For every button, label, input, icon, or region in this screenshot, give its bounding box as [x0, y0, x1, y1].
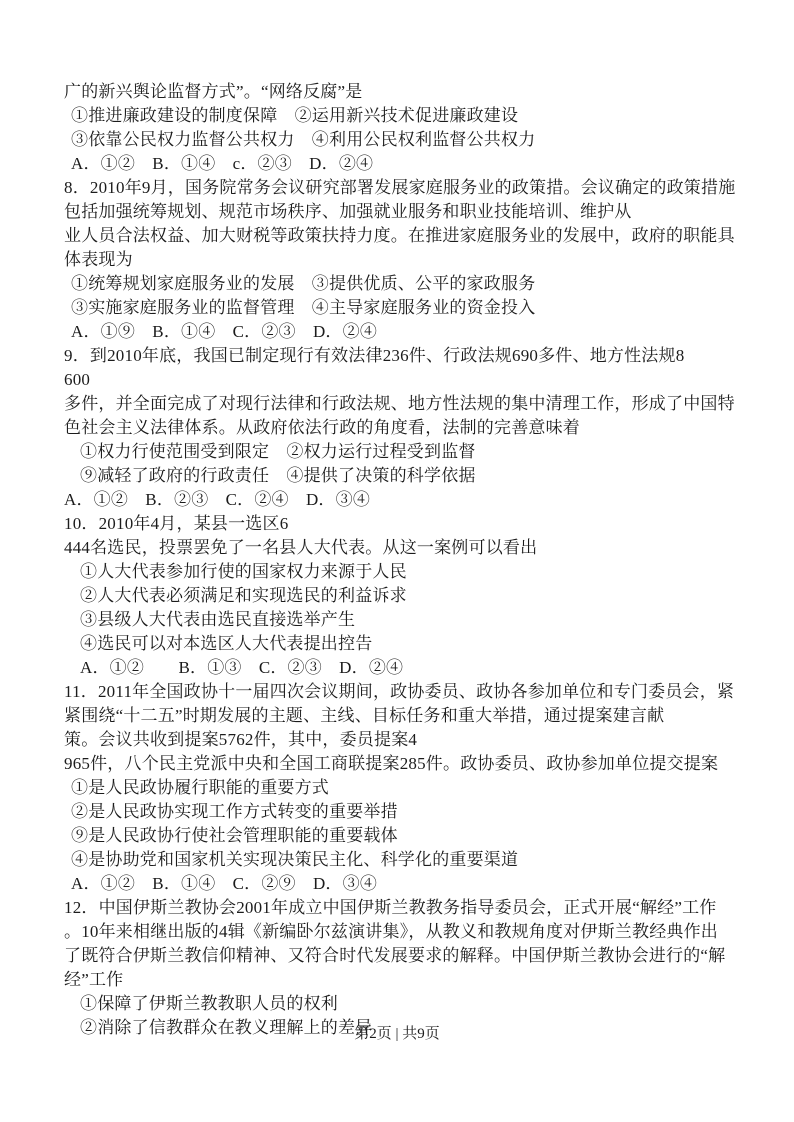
text-line: ③实施家庭服务业的监督管理 ④主导家庭服务业的资金投入 — [64, 296, 736, 320]
text-line: 包括加强统筹规划、规范市场秩序、加强就业服务和职业技能培训、维护从 — [64, 200, 736, 224]
text-line: 8．2010年9月，国务院常务会议研究部署发展家庭服务业的政策措。会议确定的政策… — [64, 176, 736, 200]
text-line: 经”工作 — [64, 968, 736, 992]
text-line: 色社会主义法律体系。从政府依法行政的角度看，法制的完善意味着 — [64, 416, 736, 440]
text-line: ①是人民政协履行职能的重要方式 — [64, 776, 736, 800]
page-number-footer: 第2页 | 共9页 — [0, 1022, 794, 1043]
text-line: A．①② B．①③ C．②③ D．②④ — [64, 656, 736, 680]
text-line: 965件，八个民主党派中央和全国工商联提案285件。政协委员、政协参加单位提交提… — [64, 752, 736, 776]
text-line: A．①② B．②③ C．②④ D．③④ — [64, 488, 736, 512]
text-line: 业人员合法权益、加大财税等政策扶持力度。在推进家庭服务业的发展中，政府的职能具 — [64, 224, 736, 248]
text-line: 广的新兴舆论监督方式”。“网络反腐”是 — [64, 80, 736, 104]
text-line: 。10年来相继出版的4辑《新编卧尔兹演讲集》，从教义和教规角度对伊斯兰教经典作出 — [64, 920, 736, 944]
text-line: ⑨减轻了政府的行政责任 ④提供了决策的科学依据 — [64, 464, 736, 488]
text-line: ①统筹规划家庭服务业的发展 ③提供优质、公平的家政服务 — [64, 272, 736, 296]
text-line: ①权力行使范围受到限定 ②权力运行过程受到监督 — [64, 440, 736, 464]
text-line: 444名选民，投票罢免了一名县人大代表。从这一案例可以看出 — [64, 536, 736, 560]
text-line: 策。会议共收到提案5762件，其中，委员提案4 — [64, 728, 736, 752]
text-line: ③县级人大代表由选民直接选举产生 — [64, 608, 736, 632]
text-line: A．①② B．①④ c．②③ D．②④ — [64, 152, 736, 176]
text-line: ④是协助党和国家机关实现决策民主化、科学化的重要渠道 — [64, 848, 736, 872]
text-line: 10．2010年4月，某县一选区6 — [64, 512, 736, 536]
document-page: 广的新兴舆论监督方式”。“网络反腐”是①推进廉政建设的制度保障 ②运用新兴技术促… — [0, 0, 794, 1122]
text-line: 9．到2010年底，我国已制定现行有效法律236件、行政法规690多件、地方性法… — [64, 344, 736, 392]
text-line: 紧围绕“十二五”时期发展的主题、主线、目标任务和重大举措，通过提案建言献 — [64, 704, 736, 728]
text-line: A．①⑨ B．①④ C．②③ D．②④ — [64, 320, 736, 344]
text-line: ①保障了伊斯兰教教职人员的权利 — [64, 992, 736, 1016]
text-line: 了既符合伊斯兰教信仰精神、又符合时代发展要求的解释。中国伊斯兰教协会进行的“解 — [64, 944, 736, 968]
text-line: ③依靠公民权力监督公共权力 ④利用公民权利监督公共权力 — [64, 128, 736, 152]
text-line: 12．中国伊斯兰教协会2001年成立中国伊斯兰教教务指导委员会，正式开展“解经”… — [64, 896, 736, 920]
text-line: A．①② B．①④ C．②⑨ D．③④ — [64, 872, 736, 896]
text-line: 11．2011年全国政协十一届四次会议期间，政协委员、政协各参加单位和专门委员会… — [64, 680, 736, 704]
text-line: 体表现为 — [64, 248, 736, 272]
text-line: ②是人民政协实现工作方式转变的重要举措 — [64, 800, 736, 824]
text-line: ①推进廉政建设的制度保障 ②运用新兴技术促进廉政建设 — [64, 104, 736, 128]
text-line: 多件，并全面完成了对现行法律和行政法规、地方性法规的集中清理工作，形成了中国特 — [64, 392, 736, 416]
document-body: 广的新兴舆论监督方式”。“网络反腐”是①推进廉政建设的制度保障 ②运用新兴技术促… — [64, 80, 736, 1040]
text-line: ①人大代表参加行使的国家权力来源于人民 — [64, 560, 736, 584]
text-line: ④选民可以对本选区人大代表提出控告 — [64, 632, 736, 656]
text-line: ②人大代表必须满足和实现选民的利益诉求 — [64, 584, 736, 608]
text-line: ⑨是人民政协行使社会管理职能的重要载体 — [64, 824, 736, 848]
